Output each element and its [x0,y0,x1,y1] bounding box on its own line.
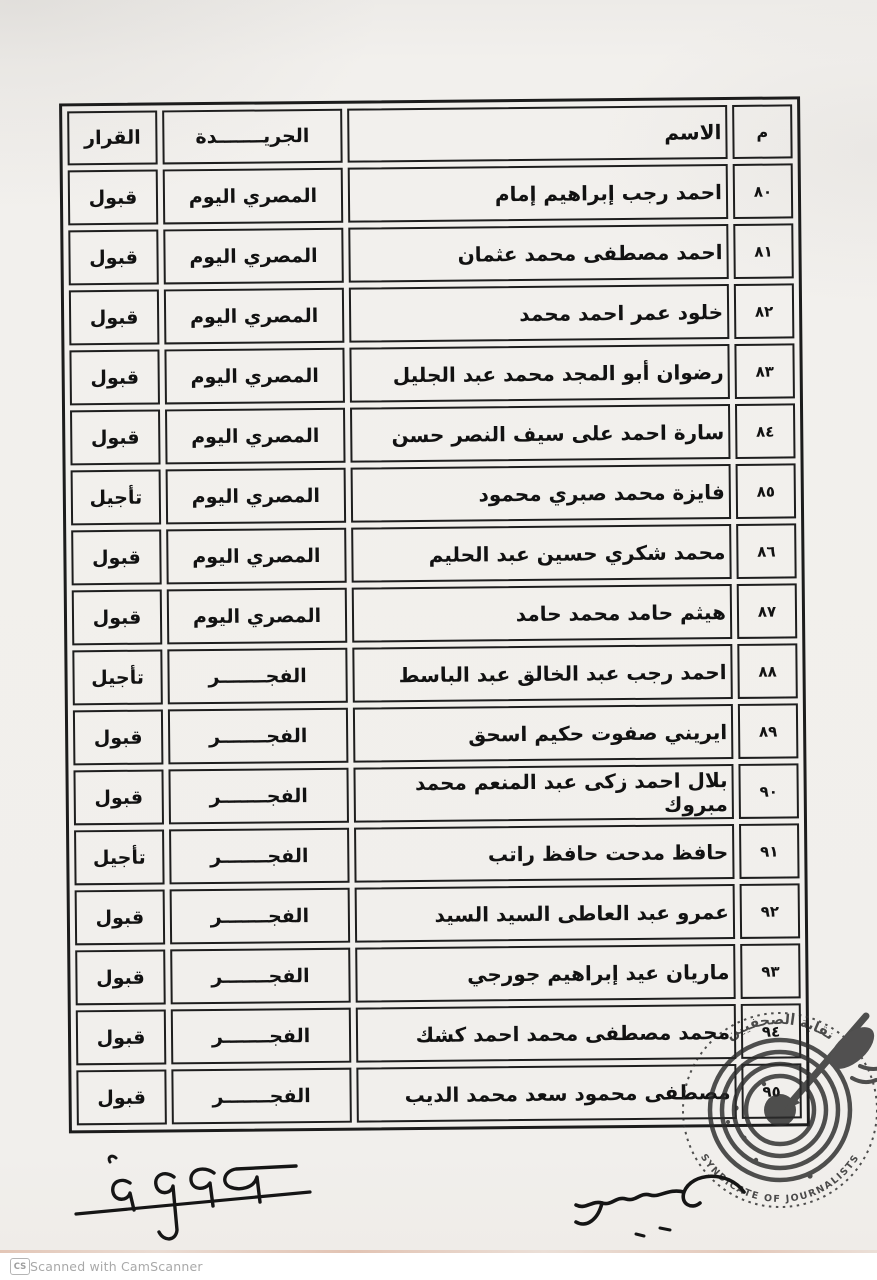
cell-decision: تأجيل [72,649,163,705]
cell-newspaper: المصري اليوم [163,168,344,225]
cell-name: احمد رجب إبراهيم إمام [348,164,729,223]
cell-name: سارة احمد على سيف النصر حسن [350,404,731,463]
cell-name: بلال احمد زكى عبد المنعم محمد مبروك [353,764,734,823]
cell-decision: قبول [69,349,160,405]
cell-name: حافظ مدحت حافظ راتب [354,824,735,883]
cell-decision: قبول [71,529,162,585]
cell-newspaper: الفجـــــــر [171,1008,352,1065]
cell-number: ٨٣ [734,343,795,399]
table-header-row: م الاسم الجريـــــــدة القرار [67,104,792,165]
cell-name: احمد مصطفى محمد عثمان [348,224,729,283]
table-row: ٨٦محمد شكري حسين عبد الحليمالمصري اليومق… [71,523,796,585]
table-row: ٩٢عمرو عبد العاطى السيد السيدالفجـــــــ… [75,883,800,945]
handwritten-signature-right [568,1158,758,1258]
cell-newspaper: المصري اليوم [164,348,345,405]
cell-decision: قبول [68,169,159,225]
cell-newspaper: الفجـــــــر [170,888,351,945]
cell-decision: قبول [68,229,159,285]
table-row: ٨٥فايزة محمد صبري محمودالمصري اليومتأجيل [71,463,796,525]
cell-name: محمد شكري حسين عبد الحليم [351,524,732,583]
table-row: ٨٣رضوان أبو المجد محمد عبد الجليلالمصري … [69,343,794,405]
header-number: م [732,104,793,159]
cell-number: ٨٠ [733,163,794,219]
cell-decision: قبول [70,409,161,465]
scanned-paper: م الاسم الجريـــــــدة القرار ٨٠احمد رجب… [0,0,877,1254]
cell-newspaper: المصري اليوم [163,228,344,285]
cell-newspaper: الفجـــــــر [168,708,349,765]
cell-number: ٩١ [739,823,800,879]
table-body: ٨٠احمد رجب إبراهيم إمامالمصري اليومقبول٨… [68,163,802,1125]
cell-decision: قبول [73,769,164,825]
cell-newspaper: المصري اليوم [167,588,348,645]
table-row: ٩١حافظ مدحت حافظ راتبالفجـــــــرتأجيل [74,823,799,885]
cell-name: خلود عمر احمد محمد [349,284,730,343]
table-row: ٨١احمد مصطفى محمد عثمانالمصري اليومقبول [68,223,793,285]
cell-newspaper: المصري اليوم [165,408,346,465]
cell-decision: قبول [76,1069,167,1125]
cell-newspaper: المصري اليوم [166,528,347,585]
cell-name: فايزة محمد صبري محمود [351,464,732,523]
camscanner-watermark-text: Scanned with CamScanner [30,1259,210,1274]
cell-newspaper: الفجـــــــر [168,768,349,825]
cell-number: ٨٤ [735,403,796,459]
cell-decision: قبول [75,889,166,945]
table-row: ٨٨احمد رجب عبد الخالق عبد الباسطالفجــــ… [72,643,797,705]
table-row: ٨٩ايريني صفوت حكيم اسحقالفجـــــــرقبول [73,703,798,765]
table-row: ٨٠احمد رجب إبراهيم إمامالمصري اليومقبول [68,163,793,225]
header-newspaper: الجريـــــــدة [162,109,343,165]
cell-newspaper: الفجـــــــر [171,1068,352,1125]
cell-number: ٨٢ [734,283,795,339]
cell-decision: تأجيل [71,469,162,525]
header-decision: القرار [67,110,158,165]
scanned-page: { "document": { "table": { "headers": { … [0,0,877,1280]
camscanner-watermark-bar: CS Scanned with CamScanner [0,1253,877,1280]
cell-newspaper: المصري اليوم [166,468,347,525]
cell-number: ٨٨ [737,643,798,699]
cell-name: عمرو عبد العاطى السيد السيد [355,884,736,943]
table-row: ٨٢خلود عمر احمد محمدالمصري اليومقبول [69,283,794,345]
applicants-table: م الاسم الجريـــــــدة القرار ٨٠احمد رجب… [59,96,810,1133]
table-row: ٨٧هيثم حامد محمد حامدالمصري اليومقبول [72,583,797,645]
cell-decision: قبول [76,1009,167,1065]
header-name: الاسم [347,105,728,163]
stamp-hand-pen-icon [784,1016,877,1110]
cell-number: ٨٩ [738,703,799,759]
cell-decision: قبول [72,589,163,645]
cell-name: احمد رجب عبد الخالق عبد الباسط [352,644,733,703]
cell-name: هيثم حامد محمد حامد [352,584,733,643]
cell-number: ٨٥ [736,463,797,519]
cell-number: ٩٢ [740,883,801,939]
cell-newspaper: المصري اليوم [164,288,345,345]
cell-number: ٨١ [733,223,794,279]
camscanner-logo-icon: CS [10,1258,30,1275]
cell-decision: قبول [73,709,164,765]
cell-number: ٨٧ [737,583,798,639]
cell-newspaper: الفجـــــــر [167,648,348,705]
handwritten-signature-left [58,1142,328,1257]
cell-decision: قبول [69,289,160,345]
cell-newspaper: الفجـــــــر [170,948,351,1005]
table-row: ٨٤سارة احمد على سيف النصر حسنالمصري اليو… [70,403,795,465]
cell-decision: قبول [75,949,166,1005]
table-tilt-wrapper: م الاسم الجريـــــــدة القرار ٨٠احمد رجب… [59,97,781,1134]
cell-decision: تأجيل [74,829,165,885]
cell-number: ٩٠ [738,763,799,819]
table-row: ٩٠بلال احمد زكى عبد المنعم محمد مبروكالف… [73,763,798,825]
cell-name: رضوان أبو المجد محمد عبد الجليل [349,344,730,403]
cell-newspaper: الفجـــــــر [169,828,350,885]
cell-number: ٨٦ [736,523,797,579]
cell-name: ايريني صفوت حكيم اسحق [353,704,734,763]
